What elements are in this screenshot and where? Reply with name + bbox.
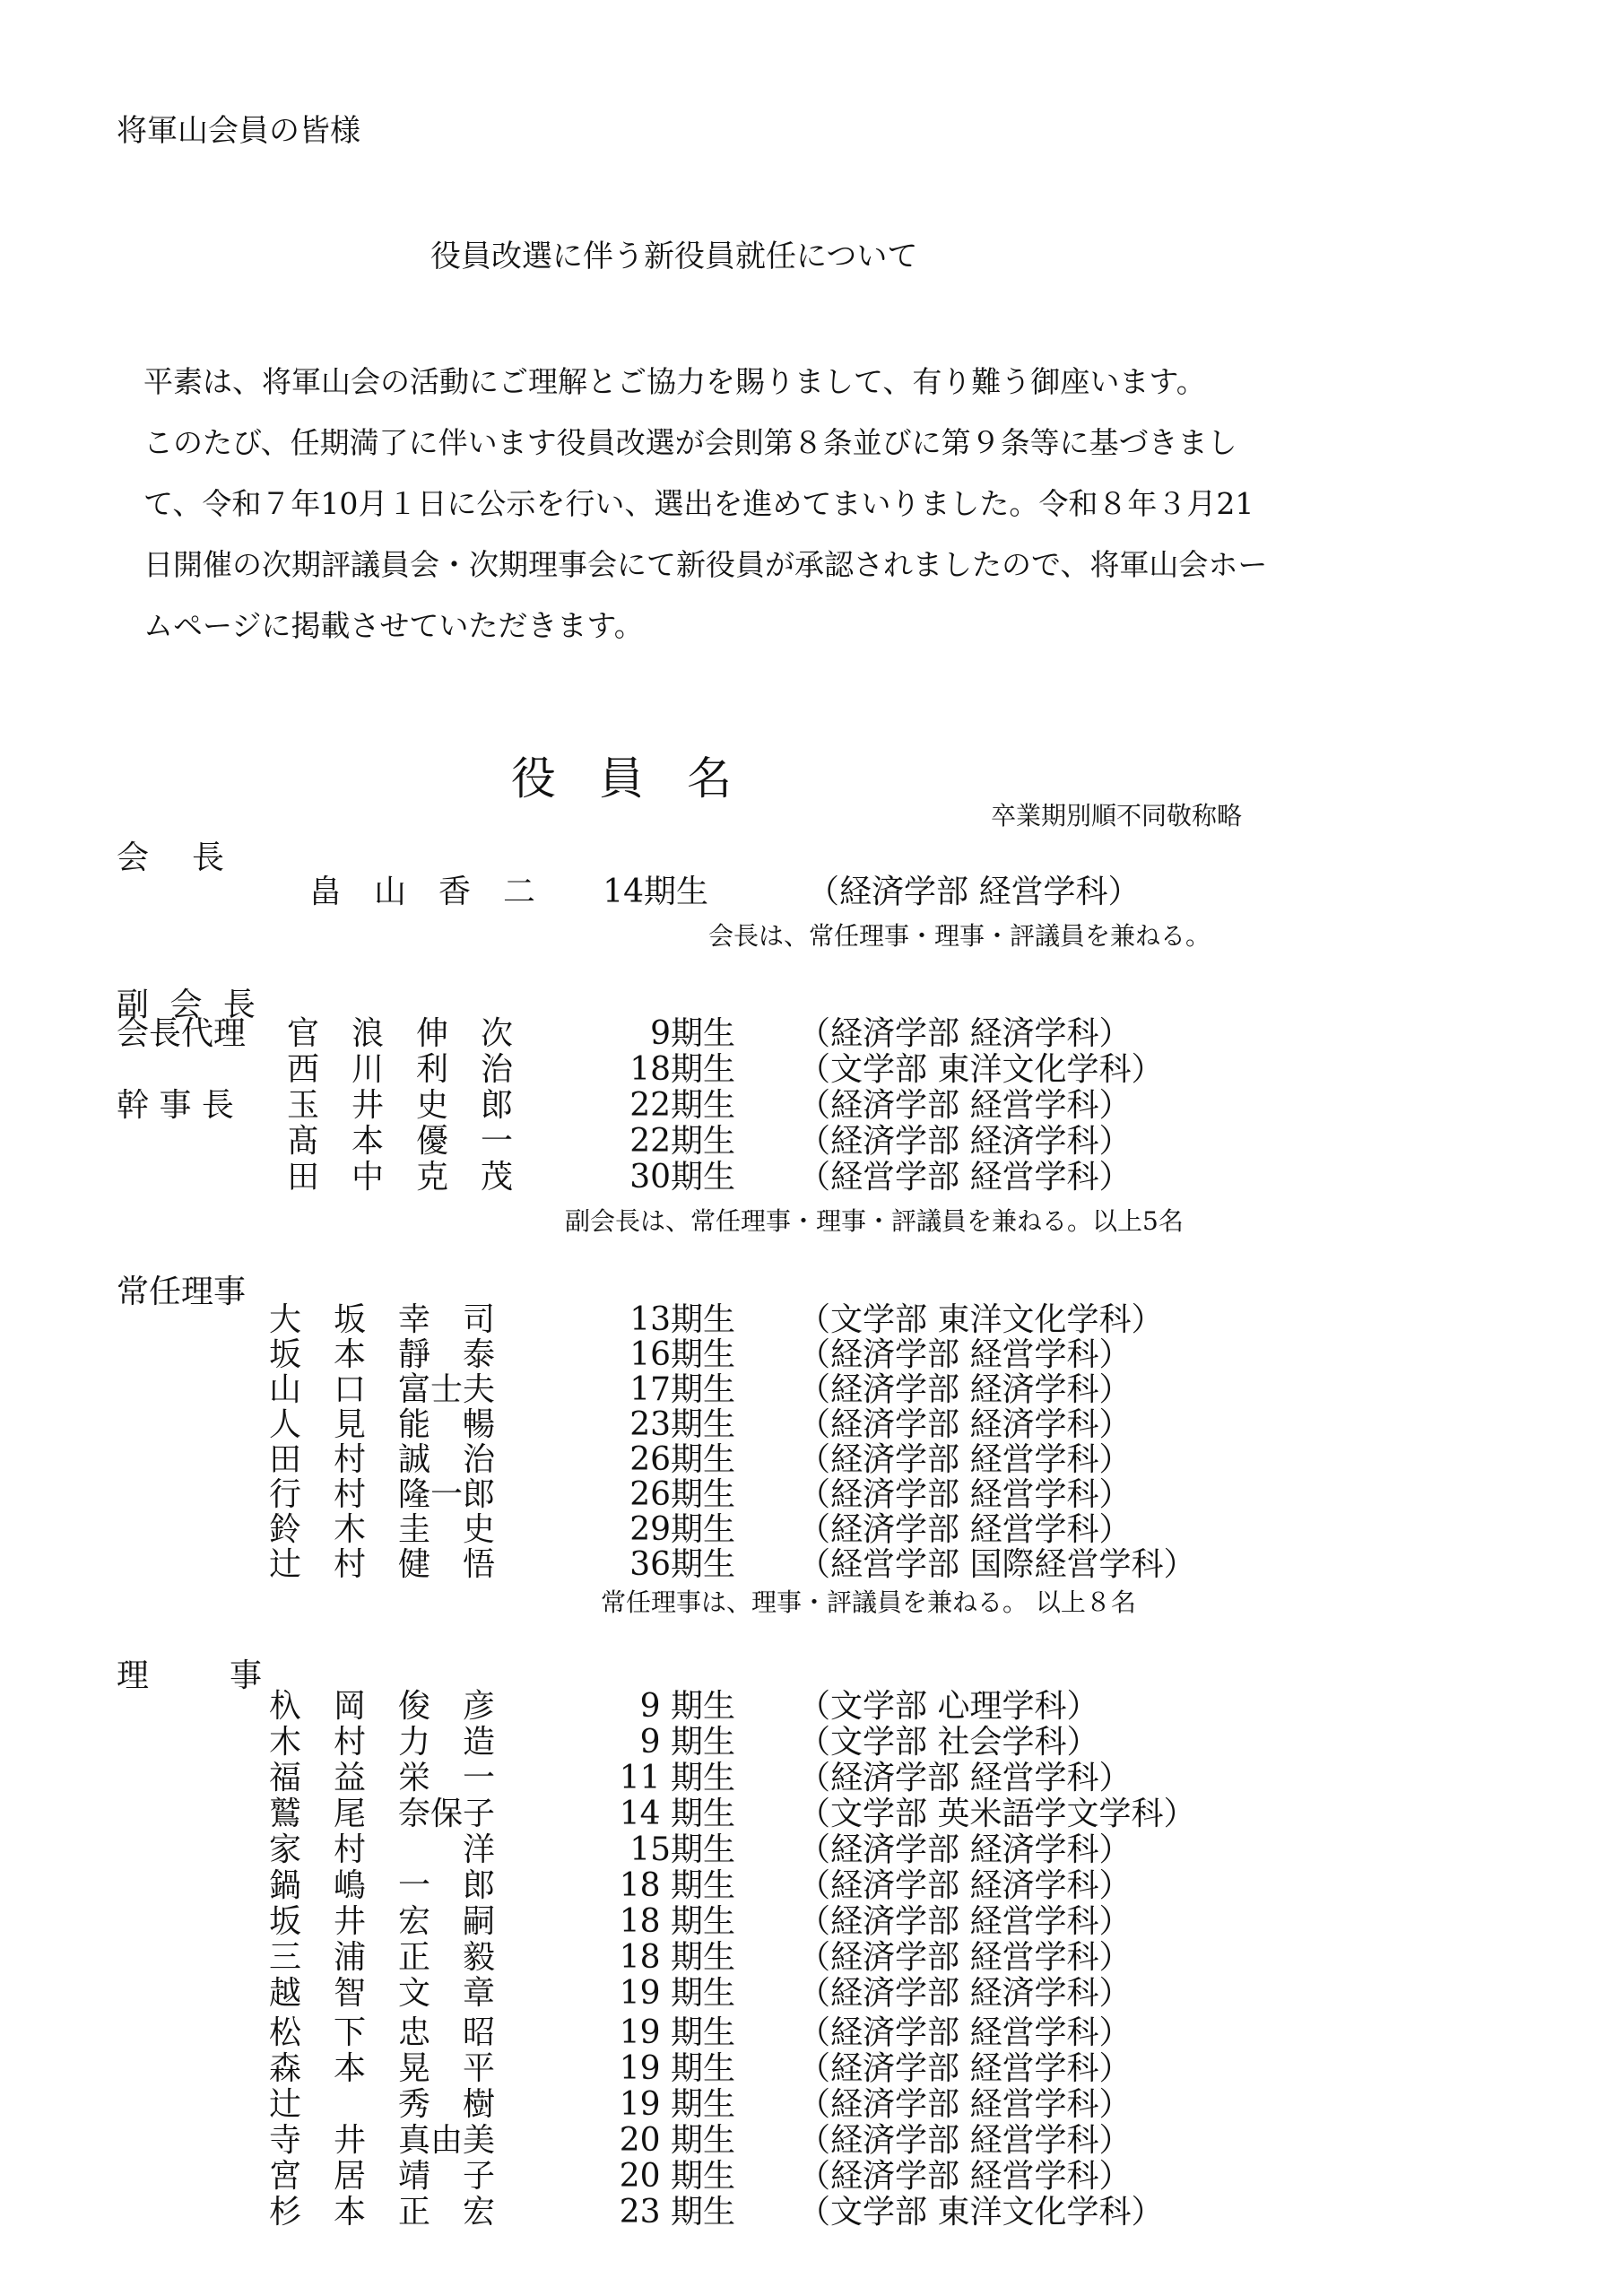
member-name: 行 村 隆一郎 [269, 1477, 495, 1513]
member-name: 大 坂 幸 司 [269, 1302, 495, 1338]
member-row: 杁 岡 俊 彦9 期生（文学部 心理学科） [0, 1689, 1623, 1725]
member-dept: （経済学部 経済学科） [798, 1016, 1131, 1052]
member-role: 会長代理 [117, 1016, 246, 1052]
member-class: 20 期生 [574, 2159, 735, 2195]
member-row: 鈴 木 圭 史29期生（経済学部 経営学科） [0, 1512, 1623, 1548]
member-row: 辻 村 健 悟36期生（経営学部 国際経営学科） [0, 1547, 1623, 1583]
member-name: 鷲 尾 奈保子 [269, 1796, 495, 1832]
member-name: 田 村 誠 治 [269, 1442, 495, 1478]
member-dept: （経済学部 経済学科） [798, 1976, 1131, 2012]
member-class: 19 期生 [574, 2015, 735, 2051]
member-class: 30期生 [574, 1160, 735, 1196]
member-dept: （文学部 社会学科） [798, 1725, 1098, 1761]
member-class: 23 期生 [574, 2195, 735, 2231]
member-name: 坂 井 宏 嗣 [269, 1904, 495, 1940]
member-class: 26期生 [574, 1477, 735, 1513]
member-dept: （文学部 東洋文化学科） [798, 1302, 1163, 1338]
member-name: 杉 本 正 宏 [269, 2195, 495, 2231]
member-name: 官 浪 伸 次 [287, 1016, 513, 1052]
member-class: 19 期生 [574, 1976, 735, 2012]
member-name: 松 下 忠 昭 [269, 2015, 495, 2051]
member-dept: （経済学部 経営学科） [798, 2087, 1131, 2123]
body-line: このたび、任期満了に伴います役員改選が会則第８条並びに第９条等に基づきまし [143, 413, 1417, 474]
member-dept: （文学部 東洋文化学科） [798, 2195, 1163, 2231]
member-class: 20 期生 [574, 2123, 735, 2159]
member-class: 13期生 [574, 1302, 735, 1338]
member-row: 家 村 洋15期生（経済学部 経済学科） [0, 1832, 1623, 1868]
section-note-executive-directors: 常任理事は、理事・評議員を兼ねる。 以上８名 [601, 1583, 1136, 1619]
member-class: 16期生 [574, 1337, 735, 1373]
member-dept: （経済学部 経営学科） [798, 1088, 1131, 1124]
member-row: 西 川 利 治18期生（文学部 東洋文化学科） [0, 1052, 1623, 1088]
member-class: 9期生 [574, 1016, 735, 1052]
member-dept: （経済学部 経営学科） [798, 2123, 1131, 2159]
member-name: 木 村 力 造 [269, 1725, 495, 1761]
member-dept: （経済学部 経営学科） [798, 1904, 1131, 1940]
member-class: 9 期生 [574, 1725, 735, 1761]
member-row: 大 坂 幸 司13期生（文学部 東洋文化学科） [0, 1302, 1623, 1338]
member-name: 宮 居 靖 子 [269, 2159, 495, 2195]
body-paragraph: 平素は、将軍山会の活動にご理解とご協力を賜りまして、有り難う御座います。 このた… [143, 352, 1417, 657]
member-role: 幹 事 長 [117, 1088, 234, 1124]
member-row: 坂 本 靜 泰16期生（経済学部 経営学科） [0, 1337, 1623, 1373]
member-class: 22期生 [574, 1124, 735, 1160]
member-dept: （経済学部 経営学科） [798, 1477, 1131, 1513]
member-class: 36期生 [574, 1547, 735, 1583]
honorific-note: 卒業期別順不同敬称略 [991, 796, 1242, 832]
member-name: 西 川 利 治 [287, 1052, 513, 1088]
member-class: 17期生 [574, 1372, 735, 1408]
member-dept: （経済学部 経営学科） [798, 1512, 1131, 1548]
member-row: 鷲 尾 奈保子14 期生（文学部 英米語学文学科） [0, 1796, 1623, 1832]
salutation: 将軍山会員の皆様 [117, 106, 360, 150]
body-line: 平素は、将軍山会の活動にご理解とご協力を賜りまして、有り難う御座います。 [143, 352, 1417, 413]
member-name: 山 口 富士夫 [269, 1372, 495, 1408]
member-dept: （経済学部 経営学科） [798, 2015, 1131, 2051]
member-dept: （文学部 英米語学文学科） [798, 1796, 1195, 1832]
member-name: 鈴 木 圭 史 [269, 1512, 495, 1548]
member-name: 鍋 嶋 一 郎 [269, 1868, 495, 1904]
member-class: 18 期生 [574, 1904, 735, 1940]
member-dept: （経済学部 経済学科） [798, 1832, 1131, 1868]
member-row: 三 浦 正 毅18 期生（経済学部 経営学科） [0, 1940, 1623, 1976]
member-row: 髙 本 優 一22期生（経済学部 経済学科） [0, 1124, 1623, 1160]
member-name: 人 見 能 暢 [269, 1407, 495, 1443]
member-class: 19 期生 [574, 2087, 735, 2123]
member-dept: （経済学部 経営学科） [798, 2051, 1131, 2087]
member-row: 福 益 栄 一11 期生（経済学部 経営学科） [0, 1761, 1623, 1796]
document-title: 役員改選に伴う新役員就任について [430, 231, 917, 275]
section-label-president: 会 長 [117, 832, 230, 878]
member-dept: （経済学部 経営学科） [798, 1442, 1131, 1478]
member-row: 辻 秀 樹19 期生（経済学部 経営学科） [0, 2087, 1623, 2123]
member-class: 19 期生 [574, 2051, 735, 2087]
section-note-vice-president: 副会長は、常任理事・理事・評議員を兼ねる。以上5名 [565, 1202, 1184, 1238]
member-class: 15期生 [574, 1832, 735, 1868]
member-row: 杉 本 正 宏23 期生（文学部 東洋文化学科） [0, 2195, 1623, 2231]
member-name: 福 益 栄 一 [269, 1761, 495, 1796]
member-class: 26期生 [574, 1442, 735, 1478]
member-row: 幹 事 長玉 井 史 郎22期生（経済学部 経営学科） [0, 1088, 1623, 1124]
member-name: 杁 岡 俊 彦 [269, 1689, 495, 1725]
body-line: 日開催の次期評議員会・次期理事会にて新役員が承認されましたので、将軍山会ホー [143, 535, 1417, 596]
member-dept: （経済学部 経済学科） [798, 1407, 1131, 1443]
member-dept: （文学部 東洋文化学科） [798, 1052, 1163, 1088]
roster-heading: 役員名 [511, 743, 775, 807]
member-dept: （経済学部 経営学科） [807, 874, 1140, 910]
member-name: 辻 村 健 悟 [269, 1547, 495, 1583]
member-class: 9 期生 [574, 1689, 735, 1725]
member-row: 行 村 隆一郎26期生（経済学部 経営学科） [0, 1477, 1623, 1513]
member-dept: （文学部 心理学科） [798, 1689, 1098, 1725]
member-dept: （経済学部 経済学科） [798, 1868, 1131, 1904]
section-note-president: 会長は、常任理事・理事・評議員を兼ねる。 [708, 917, 1211, 952]
member-name: 畠 山 香 二 [309, 874, 535, 910]
member-row: 会長代理官 浪 伸 次9期生（経済学部 経済学科） [0, 1016, 1623, 1052]
member-row: 寺 井 真由美20 期生（経済学部 経営学科） [0, 2123, 1623, 2159]
member-class: 29期生 [574, 1512, 735, 1548]
member-name: 越 智 文 章 [269, 1976, 495, 2012]
member-row: 森 本 晃 平19 期生（経済学部 経営学科） [0, 2051, 1623, 2087]
member-class: 23期生 [574, 1407, 735, 1443]
member-name: 辻 秀 樹 [269, 2087, 495, 2123]
member-row: 田 中 克 茂30期生（経営学部 経営学科） [0, 1160, 1623, 1196]
member-dept: （経済学部 経営学科） [798, 1337, 1131, 1373]
member-dept: （経済学部 経営学科） [798, 1940, 1131, 1976]
member-name: 家 村 洋 [269, 1832, 495, 1868]
member-row: 木 村 力 造9 期生（文学部 社会学科） [0, 1725, 1623, 1761]
member-row: 山 口 富士夫17期生（経済学部 経済学科） [0, 1372, 1623, 1408]
member-class: 18 期生 [574, 1868, 735, 1904]
member-dept: （経営学部 国際経営学科） [798, 1547, 1195, 1583]
member-name: 坂 本 靜 泰 [269, 1337, 495, 1373]
member-name: 髙 本 優 一 [287, 1124, 513, 1160]
member-row: 田 村 誠 治26期生（経済学部 経営学科） [0, 1442, 1623, 1478]
member-dept: （経済学部 経済学科） [798, 1372, 1131, 1408]
member-row: 松 下 忠 昭19 期生（経済学部 経営学科） [0, 2015, 1623, 2051]
member-row: 越 智 文 章19 期生（経済学部 経済学科） [0, 1976, 1623, 2012]
member-class: 18期生 [574, 1052, 735, 1088]
member-class: 11 期生 [574, 1761, 735, 1796]
member-name: 玉 井 史 郎 [287, 1088, 513, 1124]
member-class: 18 期生 [574, 1940, 735, 1976]
member-row: 人 見 能 暢23期生（経済学部 経済学科） [0, 1407, 1623, 1443]
member-dept: （経済学部 経営学科） [798, 2159, 1131, 2195]
member-class: 14期生 [583, 874, 708, 910]
member-row: 宮 居 靖 子20 期生（経済学部 経営学科） [0, 2159, 1623, 2195]
member-dept: （経済学部 経営学科） [798, 1761, 1131, 1796]
member-dept: （経営学部 経営学科） [798, 1160, 1131, 1196]
member-name: 寺 井 真由美 [269, 2123, 495, 2159]
member-row: 畠 山 香 二 14期生 （経済学部 経営学科） [0, 874, 1623, 910]
member-name: 三 浦 正 毅 [269, 1940, 495, 1976]
member-row: 坂 井 宏 嗣18 期生（経済学部 経営学科） [0, 1904, 1623, 1940]
member-dept: （経済学部 経済学科） [798, 1124, 1131, 1160]
member-class: 22期生 [574, 1088, 735, 1124]
member-name: 森 本 晃 平 [269, 2051, 495, 2087]
member-row: 鍋 嶋 一 郎18 期生（経済学部 経済学科） [0, 1868, 1623, 1904]
body-line: て、令和７年10月１日に公示を行い、選出を進めてまいりました。令和８年３月21 [143, 474, 1417, 535]
member-class: 14 期生 [574, 1796, 735, 1832]
body-line: ムページに掲載させていただきます。 [143, 596, 1417, 657]
member-name: 田 中 克 茂 [287, 1160, 513, 1196]
